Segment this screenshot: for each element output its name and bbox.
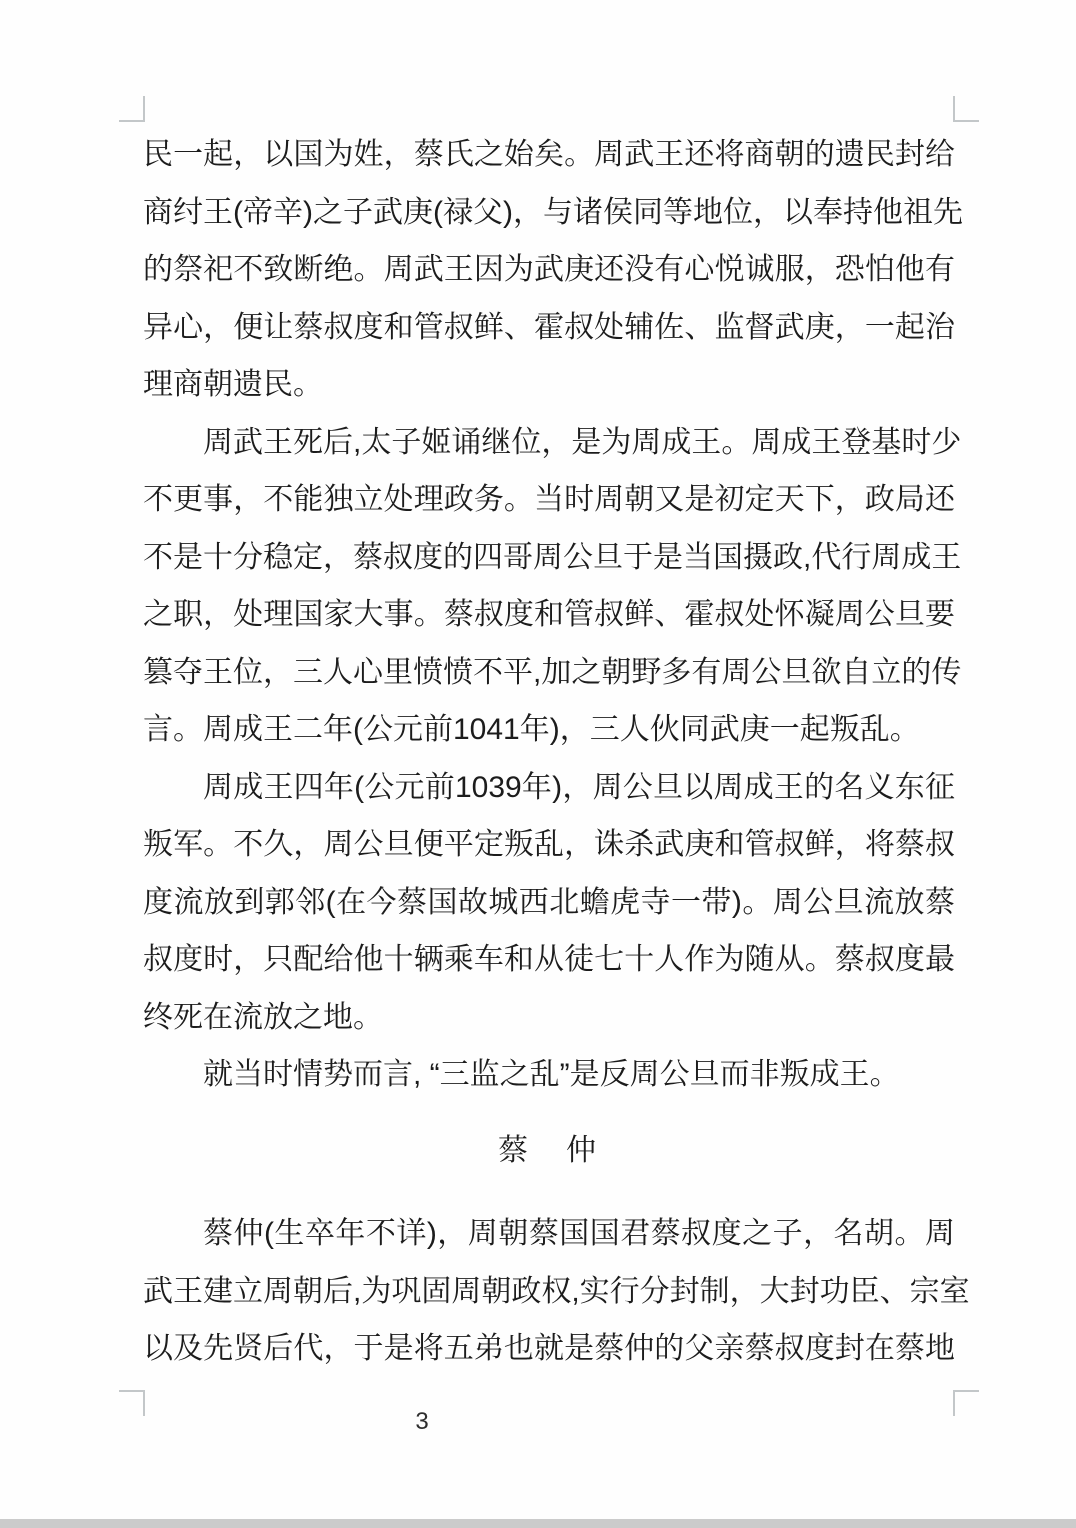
crop-mark-top-right [953, 96, 979, 122]
crop-mark-top-left [119, 96, 145, 122]
text-line: 民一起，以国为姓，蔡氏之始矣。周武王还将商朝的遗民封给 [143, 126, 955, 184]
text-line: 篡夺王位，三人心里愤愤不平,加之朝野多有周公旦欲自立的传 [143, 644, 955, 702]
section-heading: 蔡 仲 [143, 1122, 955, 1180]
text-line: 周武王死后,太子姬诵继位，是为周成王。周成王登基时少 [143, 414, 955, 472]
text-line: 武王建立周朝后,为巩固周朝政权,实行分封制，大封功臣、宗室 [143, 1263, 955, 1321]
text-block: 民一起，以国为姓，蔡氏之始矣。周武王还将商朝的遗民封给商纣王(帝辛)之子武庚(禄… [143, 126, 955, 1378]
text-line: 叔度时，只配给他十辆乘车和从徒七十人作为随从。蔡叔度最 [143, 931, 955, 989]
crop-mark-bottom-right [953, 1390, 979, 1416]
text-line: 以及先贤后代，于是将五弟也就是蔡仲的父亲蔡叔度封在蔡地 [143, 1320, 955, 1378]
text-line: 就当时情势而言, “三监之乱”是反周公旦而非叛成王。 [143, 1046, 955, 1104]
text-line: 终死在流放之地。 [143, 989, 955, 1047]
text-line: 异心，便让蔡叔度和管叔鲜、霍叔处辅佐、监督武庚，一起治 [143, 299, 955, 357]
page-number: 3 [392, 1408, 452, 1436]
document-page: 民一起，以国为姓，蔡氏之始矣。周武王还将商朝的遗民封给商纣王(帝辛)之子武庚(禄… [0, 0, 1076, 1528]
photo-bottom-edge-bar [0, 1519, 1076, 1528]
text-line: 言。周成王二年(公元前1041年)，三人伙同武庚一起叛乱。 [143, 701, 955, 759]
text-line: 之职，处理国家大事。蔡叔度和管叔鲜、霍叔处怀凝周公旦要 [143, 586, 955, 644]
text-line: 的祭祀不致断绝。周武王因为武庚还没有心悦诚服，恐怕他有 [143, 241, 955, 299]
text-line: 不是十分稳定，蔡叔度的四哥周公旦于是当国摄政,代行周成王 [143, 529, 955, 587]
text-line: 周成王四年(公元前1039年)，周公旦以周成王的名义东征 [143, 759, 955, 817]
crop-mark-bottom-left [119, 1390, 145, 1416]
text-line: 理商朝遗民。 [143, 356, 955, 414]
text-line: 度流放到郭邻(在今蔡国故城西北蟾虎寺一带)。周公旦流放蔡 [143, 874, 955, 932]
text-line: 蔡仲(生卒年不详)，周朝蔡国国君蔡叔度之子，名胡。周 [143, 1205, 955, 1263]
text-line: 商纣王(帝辛)之子武庚(禄父)，与诸侯同等地位，以奉持他祖先 [143, 184, 955, 242]
text-line: 叛军。不久，周公旦便平定叛乱，诛杀武庚和管叔鲜，将蔡叔 [143, 816, 955, 874]
text-line: 不更事，不能独立处理政务。当时周朝又是初定天下，政局还 [143, 471, 955, 529]
